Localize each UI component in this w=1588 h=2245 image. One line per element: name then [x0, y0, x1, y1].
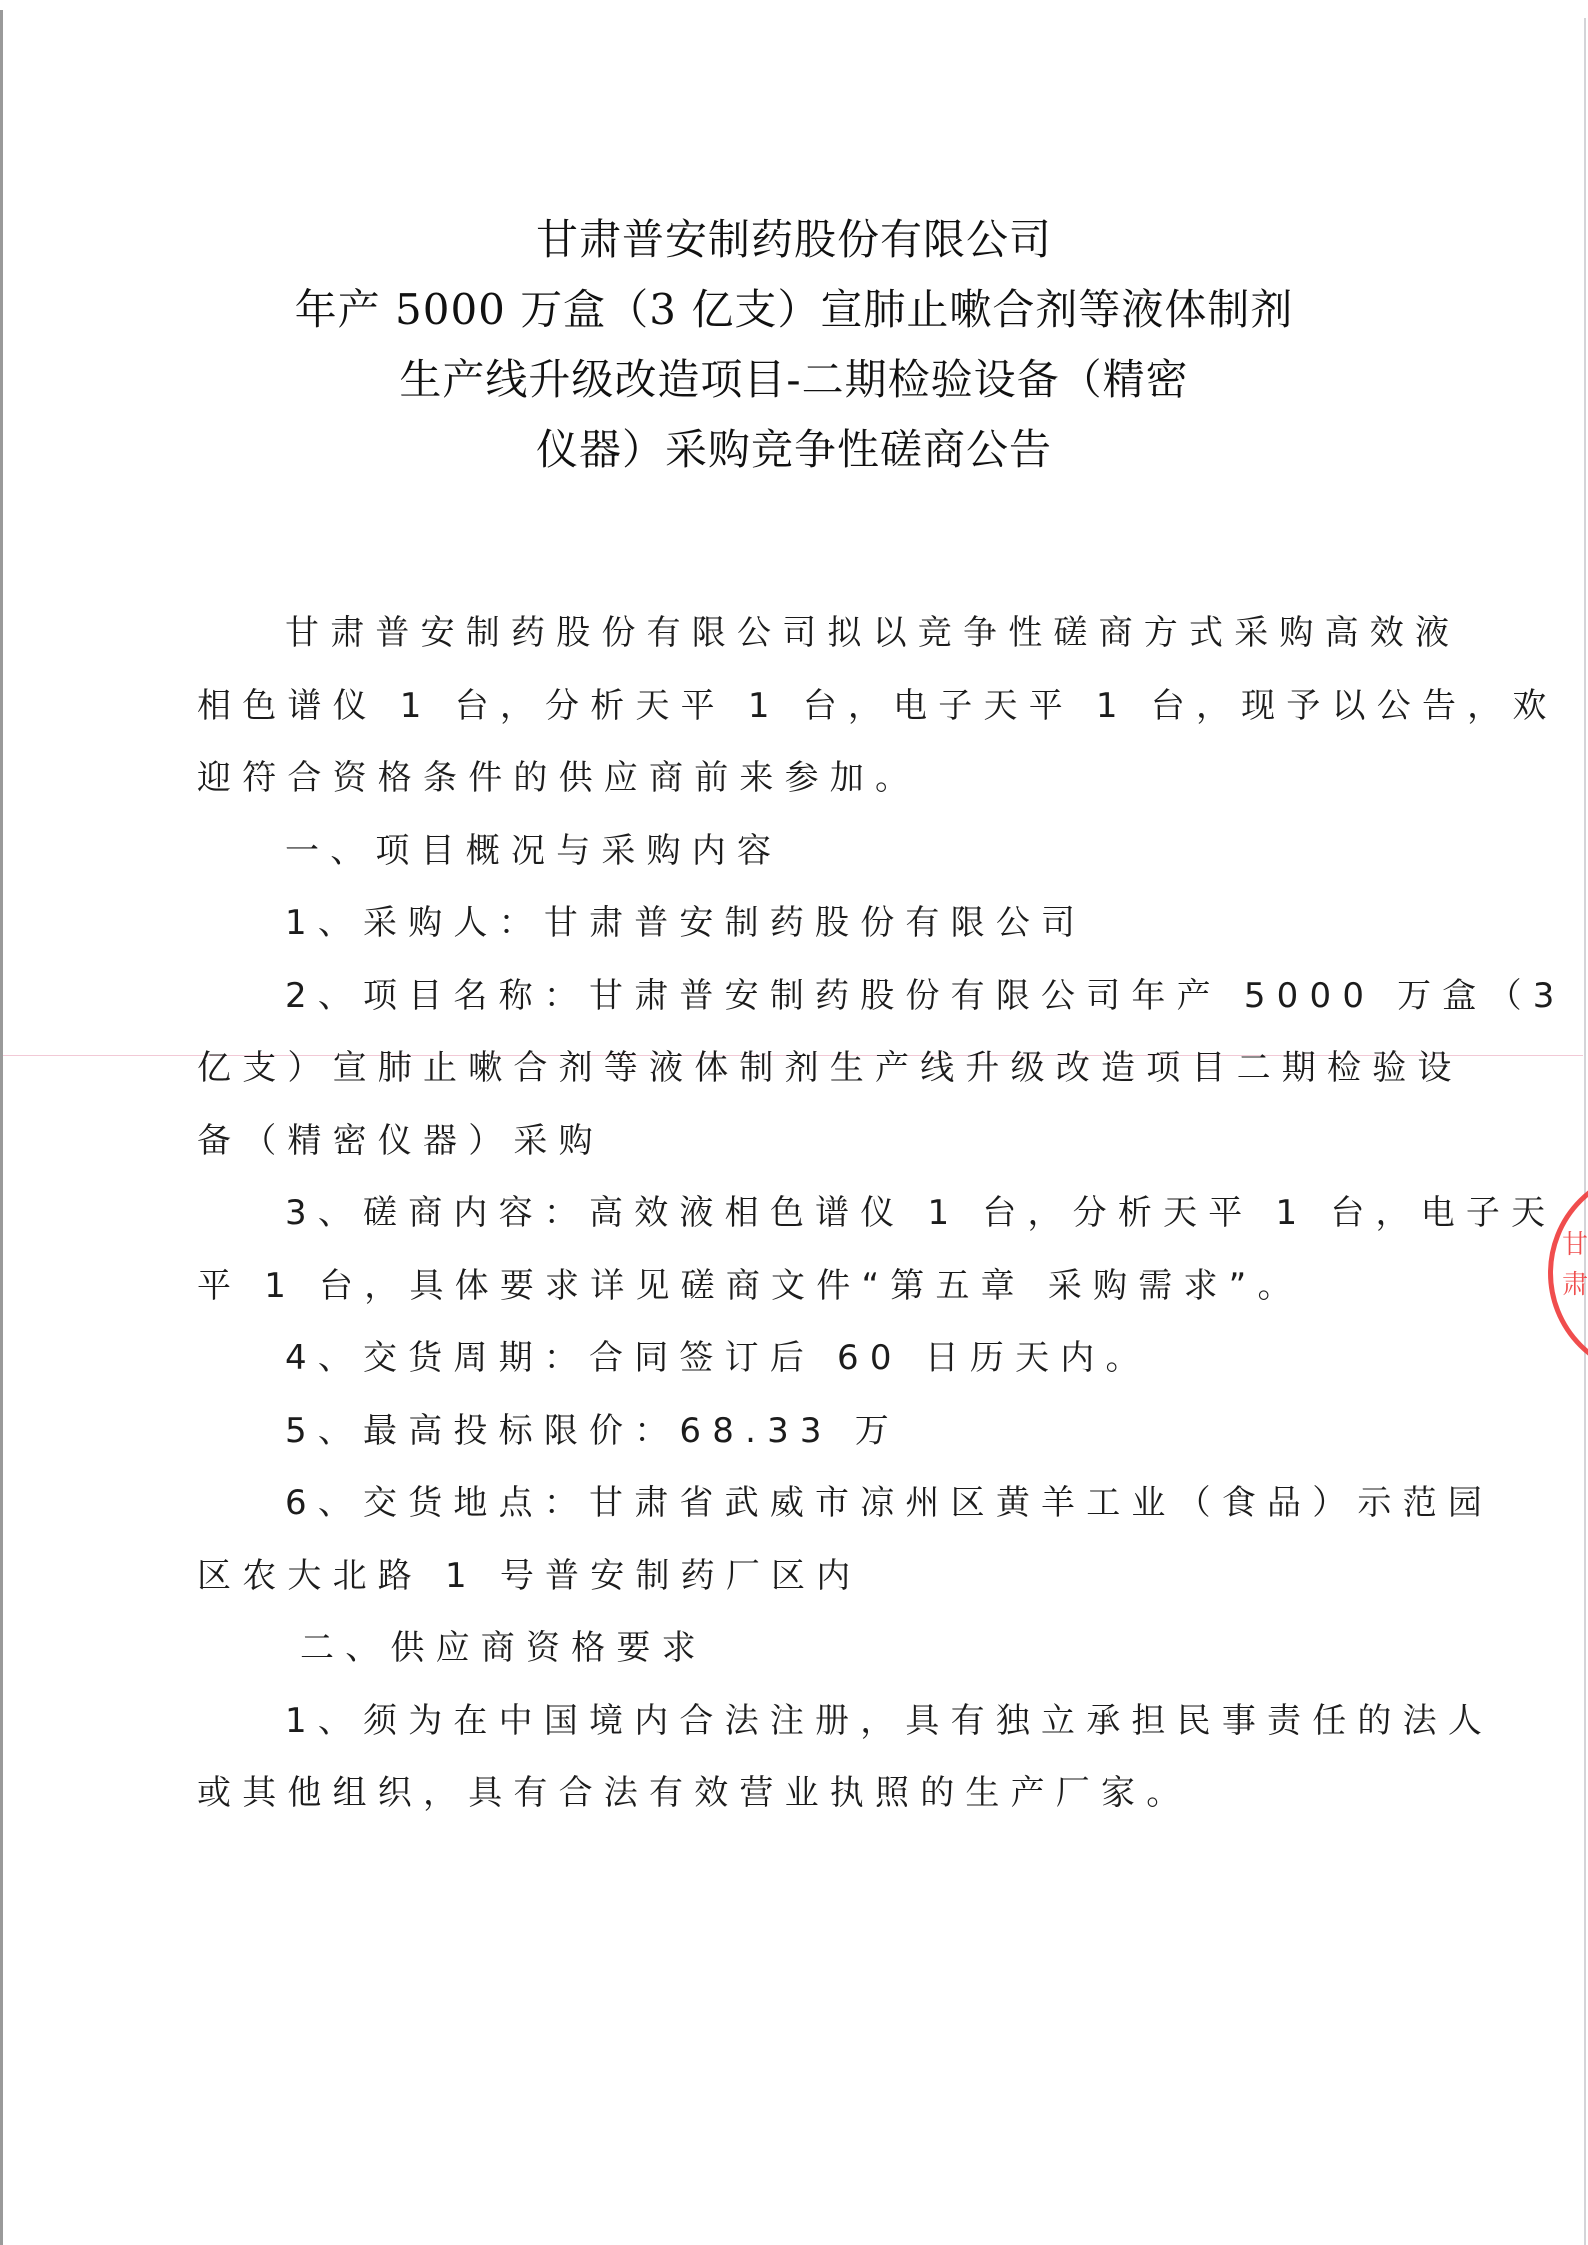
item-delivery-period: 4、交货周期：合同签订后 60 日历天内。	[197, 1322, 1407, 1395]
item-delivery-location-line-2: 区农大北路 1 号普安制药厂区内	[197, 1540, 1407, 1613]
intro-line-1: 甘肃普安制药股份有限公司拟以竞争性磋商方式采购高效液	[197, 597, 1407, 670]
item-consultation-content-line-1: 3、磋商内容：高效液相色谱仪 1 台，分析天平 1 台，电子天	[197, 1177, 1407, 1250]
title-line-3: 生产线升级改造项目-二期检验设备（精密	[0, 345, 1588, 415]
item-max-bid-price: 5、最高投标限价：68.33 万	[197, 1395, 1407, 1468]
section-heading-2: 二、供应商资格要求	[197, 1612, 1407, 1685]
title-line-1: 甘肃普安制药股份有限公司	[0, 205, 1588, 275]
item-qualification-line-2: 或其他组织，具有合法有效营业执照的生产厂家。	[197, 1757, 1407, 1830]
section-heading-1: 一、项目概况与采购内容	[197, 815, 1407, 888]
seal-char-2: 肃	[1562, 1270, 1588, 1300]
item-project-name-line-1: 2、项目名称：甘肃普安制药股份有限公司年产 5000 万盒（3	[197, 960, 1407, 1033]
item-purchaser: 1、采购人：甘肃普安制药股份有限公司	[197, 887, 1407, 960]
item-consultation-content-line-2: 平 1 台，具体要求详见磋商文件“第五章 采购需求”。	[197, 1250, 1407, 1323]
official-seal-text: 甘 肃	[1562, 1225, 1588, 1305]
intro-line-3: 迎符合资格条件的供应商前来参加。	[197, 742, 1407, 815]
document-page: 甘肃普安制药股份有限公司 年产 5000 万盒（3 亿支）宣肺止嗽合剂等液体制剂…	[0, 0, 1588, 2245]
item-qualification-line-1: 1、须为在中国境内合法注册，具有独立承担民事责任的法人	[197, 1685, 1407, 1758]
document-body: 甘肃普安制药股份有限公司拟以竞争性磋商方式采购高效液 相色谱仪 1 台，分析天平…	[197, 597, 1407, 1830]
title-line-4: 仪器）采购竞争性磋商公告	[0, 415, 1588, 485]
title-line-2: 年产 5000 万盒（3 亿支）宣肺止嗽合剂等液体制剂	[0, 275, 1588, 345]
item-delivery-location-line-1: 6、交货地点：甘肃省武威市凉州区黄羊工业（食品）示范园	[197, 1467, 1407, 1540]
intro-line-2: 相色谱仪 1 台，分析天平 1 台，电子天平 1 台，现予以公告，欢	[197, 670, 1407, 743]
seal-char-1: 甘	[1562, 1230, 1588, 1260]
item-project-name-line-2: 亿支）宣肺止嗽合剂等液体制剂生产线升级改造项目二期检验设	[197, 1032, 1407, 1105]
document-title: 甘肃普安制药股份有限公司 年产 5000 万盒（3 亿支）宣肺止嗽合剂等液体制剂…	[0, 205, 1588, 485]
item-project-name-line-3: 备（精密仪器）采购	[197, 1105, 1407, 1178]
